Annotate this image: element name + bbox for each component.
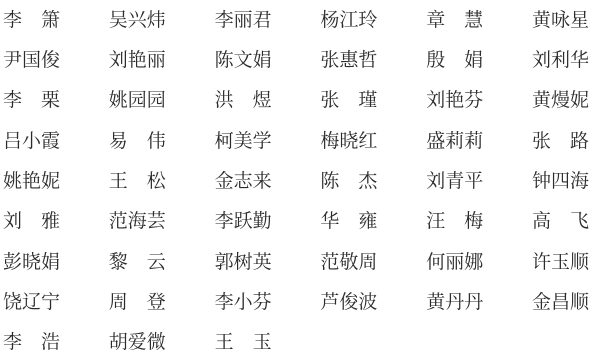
person-name: 盛莉莉 xyxy=(426,132,483,151)
person-name: 汪梅 xyxy=(426,212,483,231)
person-name: 姚园园 xyxy=(109,91,166,110)
person-name: 刘艳芬 xyxy=(426,91,483,110)
person-name: 李栗 xyxy=(3,91,60,110)
name-row: 彭晓娟黎云郭树英范敬周何丽娜许玉顺 xyxy=(3,242,589,282)
name-row: 吕小霞易伟柯美学梅晓红盛莉莉张路 xyxy=(3,121,589,161)
name-row: 李浩胡爱微王玉 xyxy=(3,323,589,363)
person-name: 吕小霞 xyxy=(3,132,60,151)
person-name: 金志来 xyxy=(215,172,272,191)
person-name: 黄咏星 xyxy=(532,11,589,30)
person-name: 华雍 xyxy=(320,212,377,231)
person-name: 胡爱微 xyxy=(109,333,166,352)
person-name: 何丽娜 xyxy=(426,253,483,272)
name-row: 姚艳妮王松金志来陈杰刘青平钟四海 xyxy=(3,161,589,201)
person-name: 张瑾 xyxy=(320,91,377,110)
person-name: 黄丹丹 xyxy=(426,293,483,312)
person-name: 刘青平 xyxy=(426,172,483,191)
person-name: 李跃勤 xyxy=(215,212,272,231)
person-name: 尹国俊 xyxy=(3,51,60,70)
person-name: 周登 xyxy=(109,293,166,312)
name-row: 尹国俊刘艳丽陈文娟张惠哲殷娟刘利华 xyxy=(3,40,589,80)
name-row: 刘雅范海芸李跃勤华雍汪梅高飞 xyxy=(3,202,589,242)
person-name: 王松 xyxy=(109,172,166,191)
name-row: 李栗姚园园洪煜张瑾刘艳芬黄熳妮 xyxy=(3,81,589,121)
name-grid: 李箫吴兴炜李丽君杨江玲章慧黄咏星尹国俊刘艳丽陈文娟张惠哲殷娟刘利华李栗姚园园洪煜… xyxy=(0,0,598,363)
person-name: 柯美学 xyxy=(215,132,272,151)
person-name: 郭树英 xyxy=(215,253,272,272)
person-name: 刘雅 xyxy=(3,212,60,231)
name-row: 饶辽宁周登李小芬芦俊波黄丹丹金昌顺 xyxy=(3,282,589,322)
person-name: 洪煜 xyxy=(215,91,272,110)
person-name: 陈杰 xyxy=(320,172,377,191)
person-name: 陈文娟 xyxy=(215,51,272,70)
person-name: 许玉顺 xyxy=(532,253,589,272)
person-name: 张惠哲 xyxy=(320,51,377,70)
person-name: 范海芸 xyxy=(109,212,166,231)
person-name: 殷娟 xyxy=(426,51,483,70)
name-row: 李箫吴兴炜李丽君杨江玲章慧黄咏星 xyxy=(3,0,589,40)
person-name: 饶辽宁 xyxy=(3,293,60,312)
person-name: 钟四海 xyxy=(532,172,589,191)
person-name: 王玉 xyxy=(215,333,272,352)
person-name: 刘艳丽 xyxy=(109,51,166,70)
person-name: 李箫 xyxy=(3,11,60,30)
person-name: 李丽君 xyxy=(215,11,272,30)
person-name: 黄熳妮 xyxy=(532,91,589,110)
person-name: 芦俊波 xyxy=(320,293,377,312)
person-name: 彭晓娟 xyxy=(3,253,60,272)
person-name: 梅晓红 xyxy=(320,132,377,151)
person-name: 金昌顺 xyxy=(532,293,589,312)
person-name: 李小芬 xyxy=(215,293,272,312)
person-name: 高飞 xyxy=(532,212,589,231)
person-name: 黎云 xyxy=(109,253,166,272)
person-name: 姚艳妮 xyxy=(3,172,60,191)
person-name: 吴兴炜 xyxy=(109,11,166,30)
person-name: 张路 xyxy=(532,132,589,151)
person-name: 刘利华 xyxy=(532,51,589,70)
person-name: 易伟 xyxy=(109,132,166,151)
person-name: 李浩 xyxy=(3,333,60,352)
person-name: 杨江玲 xyxy=(320,11,377,30)
person-name: 范敬周 xyxy=(320,253,377,272)
person-name: 章慧 xyxy=(426,11,483,30)
